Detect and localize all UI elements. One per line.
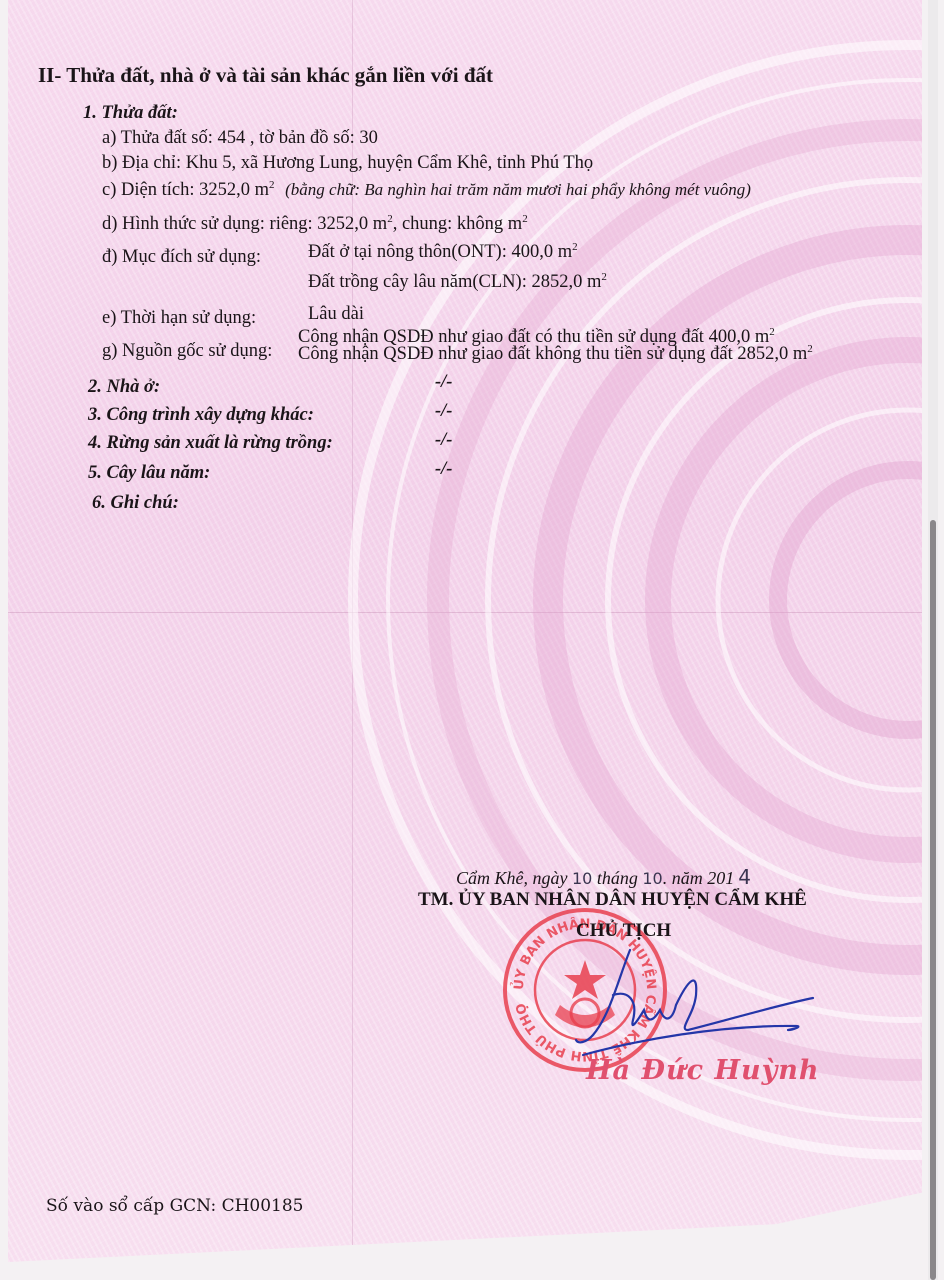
handwritten-month: 10: [642, 869, 662, 888]
section-heading: II- Thửa đất, nhà ở và tài sản khác gắn …: [38, 64, 493, 86]
usage-origin-2: Công nhận QSDĐ như giao đất không thu ti…: [298, 343, 813, 365]
item-house-value: -/-: [435, 371, 452, 393]
fold-line-horizontal: [8, 612, 922, 613]
signature-icon: [548, 940, 828, 1070]
parcel-number: a) Thửa đất số: 454 , tờ bản đồ số: 30: [102, 127, 378, 149]
issuing-organization: TM. ỦY BAN NHÂN DÂN HUYỆN CẨM KHÊ: [418, 889, 807, 911]
parcel-area: c) Diện tích: 3252,0 m2 (bằng chữ: Ba ng…: [102, 179, 751, 201]
item-construction-value: -/-: [435, 400, 452, 422]
certificate-page: II- Thửa đất, nhà ở và tài sản khác gắn …: [8, 0, 922, 1262]
signing-place-date: Cẩm Khê, ngày 10 tháng 10. năm 2014: [456, 866, 751, 890]
item-notes-label: 6. Ghi chú:: [92, 492, 179, 514]
item-construction-label: 3. Công trình xây dựng khác:: [88, 404, 314, 426]
signer-name: Hà Đức Huỳnh: [586, 1060, 820, 1082]
item-perennial-label: 5. Cây lâu năm:: [88, 462, 210, 484]
area-in-words: (bằng chữ: Ba nghìn hai trăm năm mươi ha…: [285, 180, 751, 199]
parcel-address: b) Địa chỉ: Khu 5, xã Hương Lung, huyện …: [102, 152, 593, 174]
item-perennial-value: -/-: [435, 458, 452, 480]
usage-term-label: e) Thời hạn sử dụng:: [102, 307, 256, 329]
item-forest-value: -/-: [435, 429, 452, 451]
land-parcel-heading: 1. Thửa đất:: [83, 102, 178, 124]
usage-purpose-cln: Đất trồng cây lâu năm(CLN): 2852,0 m2: [308, 271, 607, 293]
usage-origin-label: g) Nguồn gốc sử dụng:: [102, 340, 272, 362]
usage-purpose-label: đ) Mục đích sử dụng:: [102, 246, 261, 268]
signer-position: CHỦ TỊCH: [576, 920, 671, 942]
usage-term-value: Lâu dài: [308, 303, 364, 325]
usage-form: d) Hình thức sử dụng: riêng: 3252,0 m2, …: [102, 213, 528, 235]
handwritten-day: 10: [572, 869, 592, 888]
item-house-label: 2. Nhà ở:: [88, 376, 160, 398]
handwritten-year-digit: 4: [738, 865, 751, 889]
item-forest-label: 4. Rừng sản xuất là rừng trồng:: [88, 432, 333, 454]
registry-number: Số vào sổ cấp GCN: CH00185: [46, 1195, 303, 1217]
scrollbar-thumb[interactable]: [930, 520, 936, 1280]
usage-purpose-ont: Đất ở tại nông thôn(ONT): 400,0 m2: [308, 241, 578, 263]
